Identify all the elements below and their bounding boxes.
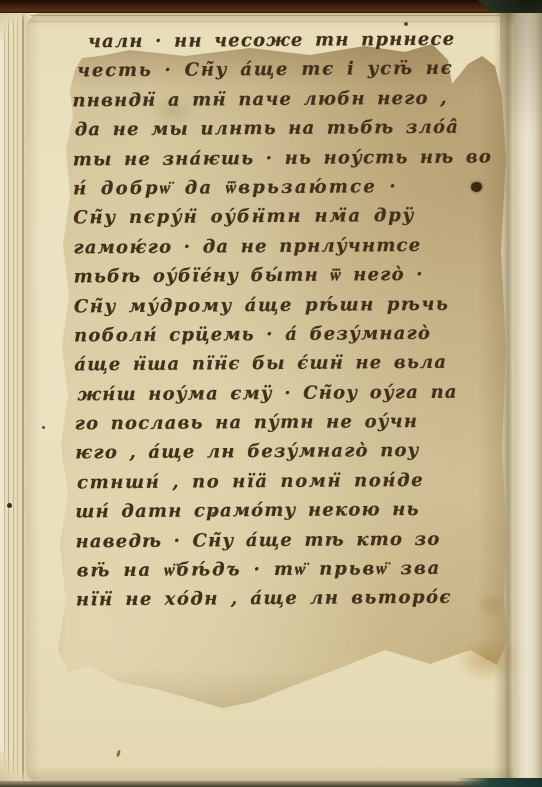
manuscript-line: н́ добрѡ̈ да ѿврьзаю́тсе · — [73, 172, 465, 204]
page-fore-edge-stack — [0, 13, 28, 781]
manuscript-line: ѥго , а́ще лн безу́мнаго̀ поу — [75, 436, 467, 468]
manuscript-line: наведѣ · Сн̃у а́ще тѣ кто зо — [75, 524, 467, 556]
speck — [42, 426, 45, 429]
stain — [476, 592, 506, 618]
manuscript-line: чалн · нн чесоже тн прннесе — [88, 25, 464, 57]
speck — [7, 503, 12, 508]
manuscript-line: честь · Сн̃у а́ще тє і усѣ̈ нє — [77, 54, 464, 86]
speck — [212, 512, 215, 515]
book-cover-top-strip — [0, 0, 542, 13]
manuscript-text: чалн · нн чесоже тн прннесе честь · Сн̃у… — [72, 25, 468, 616]
manuscript-line: тьбѣ оу́бїе́ну бы́тн ѿ него̀ · — [74, 260, 466, 292]
manuscript-line: вѣ̈ на ѡ̈бѣ́дъ · тѡ̈ прьвѡ̈ зва — [77, 554, 468, 586]
manuscript-line: нїн̈ не хо́дн , а́ще лн вьторо́є — [76, 583, 468, 615]
manuscript-line: го пославь на пу́тн не оу́чн — [75, 407, 467, 439]
page-edge-line — [30, 15, 500, 16]
manuscript-line: да не мы илнть на тьбѣ зло́а̂ — [75, 113, 465, 145]
manuscript-line: пнвндн̈ а тн̈ паче любн него , — [72, 83, 464, 115]
manuscript-line: а́ще н̈ша пїн̈є бы є́шн̈ не вьла — [74, 348, 466, 380]
stain — [455, 636, 521, 682]
manuscript-photo: чалн · нн чесоже тн прннесе честь · Сн̃у… — [0, 0, 542, 787]
manuscript-line: поболн́ срц̈емь · а́ безу́мнаго̀ — [74, 319, 466, 351]
speck — [404, 22, 408, 26]
gutter-shadow — [500, 13, 542, 133]
manuscript-line: Сн̃у му́дрому а́ще рѣ́шн рѣчь — [74, 289, 466, 321]
manuscript-line: Сн̃у пєру́н̈ оу́бн̈тн нм̈а дрӱ — [73, 201, 465, 233]
manuscript-line: жн́ш ноу́ма ємӱ · Сн̃оу оу́га па — [77, 377, 466, 409]
manuscript-line: ты не зна́ѥшь · нь ноу́сть нѣ во — [73, 142, 465, 174]
manuscript-line: шн́ датн срамо́ту некою нь — [75, 495, 467, 527]
manuscript-line: стншн́ , по нїӓ помн̈ пон́де — [77, 465, 467, 497]
page-edge-line — [30, 21, 500, 22]
cover-corner-teal — [456, 778, 542, 787]
manuscript-line: гамоѥ́го · да не прнлу́чнтсе — [73, 230, 465, 262]
